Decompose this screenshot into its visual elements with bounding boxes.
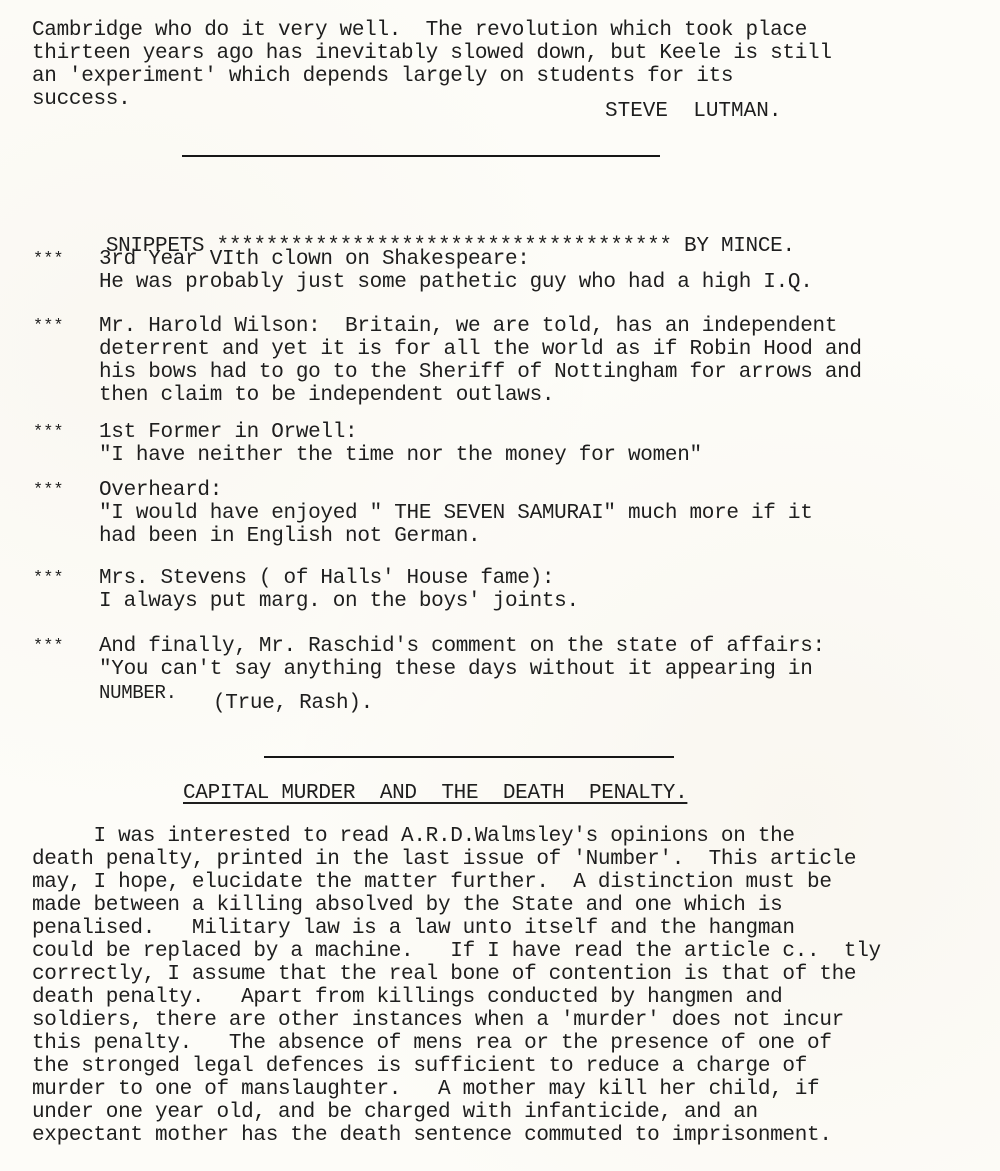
snippet-line: 1st Former in Orwell:: [99, 422, 357, 445]
section-divider: [264, 756, 674, 758]
bullet-marker: ***: [33, 316, 64, 339]
article-title: CAPITAL MURDER AND THE DEATH PENALTY.: [183, 783, 687, 806]
text-line: an 'experiment' which depends largely on…: [32, 66, 733, 89]
snippet-line: NUMBER.: [99, 682, 177, 705]
text-line: success.: [32, 89, 130, 112]
bullet-marker: ***: [33, 568, 64, 591]
article-line: correctly, I assume that the real bone o…: [32, 964, 856, 987]
snippet-line: then claim to be independent outlaws.: [99, 385, 554, 408]
article-line: the stronged legal defences is sufficien…: [32, 1056, 807, 1079]
text-line: thirteen years ago has inevitably slowed…: [32, 43, 832, 66]
snippet-line: I always put marg. on the boys' joints.: [99, 591, 579, 614]
snippet-line: 3rd Year VIth clown on Shakespeare:: [99, 249, 530, 272]
snippet-aside: (True, Rash).: [213, 693, 373, 716]
snippet-line: He was probably just some pathetic guy w…: [99, 272, 813, 295]
snippet-line: deterrent and yet it is for all the worl…: [99, 339, 862, 362]
bullet-marker: ***: [33, 422, 64, 445]
bullet-marker: ***: [33, 249, 64, 272]
snippet-line: "I would have enjoyed " THE SEVEN SAMURA…: [99, 503, 813, 526]
author-signature: STEVE LUTMAN.: [605, 101, 781, 124]
snippet-line: "You can't say anything these days witho…: [99, 659, 813, 682]
text-line: Cambridge who do it very well. The revol…: [32, 20, 807, 43]
document-page: Cambridge who do it very well. The revol…: [0, 0, 1000, 1171]
bullet-marker: ***: [33, 636, 64, 659]
article-line: may, I hope, elucidate the matter furthe…: [32, 872, 832, 895]
article-line: soldiers, there are other instances when…: [32, 1010, 844, 1033]
article-line: under one year old, and be charged with …: [32, 1102, 758, 1125]
article-line: death penalty, printed in the last issue…: [32, 849, 856, 872]
bullet-marker: ***: [33, 480, 64, 503]
article-line: I was interested to read A.R.D.Walmsley'…: [32, 826, 795, 849]
article-line: could be replaced by a machine. If I hav…: [32, 941, 881, 964]
snippet-line: Overheard:: [99, 480, 222, 503]
snippet-line: his bows had to go to the Sheriff of Not…: [99, 362, 862, 385]
snippet-line: had been in English not German.: [99, 526, 480, 549]
article-line: expectant mother has the death sentence …: [32, 1125, 832, 1148]
article-line: death penalty. Apart from killings condu…: [32, 987, 782, 1010]
section-divider: [182, 155, 660, 157]
snippet-line: Mrs. Stevens ( of Halls' House fame):: [99, 568, 554, 591]
snippet-line: "I have neither the time nor the money f…: [99, 445, 702, 468]
article-line: this penalty. The absence of mens rea or…: [32, 1033, 832, 1056]
article-line: murder to one of manslaughter. A mother …: [32, 1079, 819, 1102]
byline: BY MINCE.: [684, 235, 795, 258]
article-line: penalised. Military law is a law unto it…: [32, 918, 795, 941]
snippet-line: Mr. Harold Wilson: Britain, we are told,…: [99, 316, 837, 339]
article-line: made between a killing absolved by the S…: [32, 895, 782, 918]
snippet-line: And finally, Mr. Raschid's comment on th…: [99, 636, 825, 659]
